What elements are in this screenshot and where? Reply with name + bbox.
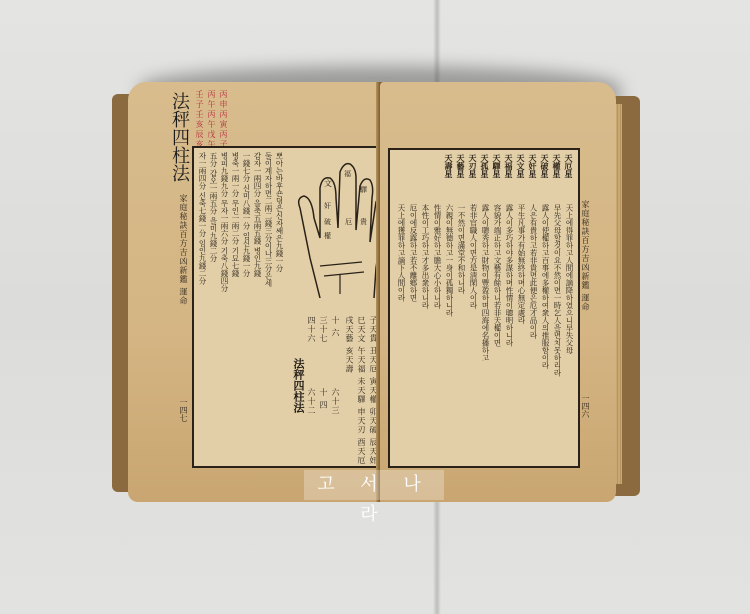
right-body-columns: 天上에得罪하고人間에謫降하였으니早失父母 早先父母할것이요不然이면一時乞人을면치… bbox=[394, 204, 574, 460]
body-column: 若非官職人이면方是淸閑人이라 bbox=[468, 204, 478, 460]
age-value: 三十七 bbox=[318, 316, 329, 343]
body-column: 一錢七分 신미八錢一分 임신九錢一分 bbox=[242, 152, 251, 458]
page-number-left: 一四七 bbox=[178, 398, 189, 422]
svg-text:貴: 貴 bbox=[360, 217, 368, 226]
star-header: 天文星 bbox=[516, 154, 526, 200]
left-page: 法秤四柱法 壬子壬亥辰亥 丙午丙午戊午 丙申丙寅丙子 家庭秘訣百方吉凶新鑑 運命… bbox=[128, 82, 382, 502]
star-headers: 天厄星 天權星 天破星 天奸星 天文星 天福星 天驛星 天孤星 天刃星 天藝星 … bbox=[394, 154, 574, 200]
open-book: 法秤四柱法 壬子壬亥辰亥 丙午丙午戊午 丙申丙寅丙子 家庭秘訣百方吉凶新鑑 運命… bbox=[110, 82, 640, 502]
star-header: 天刃星 bbox=[468, 154, 478, 200]
svg-text:奸: 奸 bbox=[324, 201, 331, 210]
body-column: 자一兩四分 신축七錢一分 임인九錢二分 bbox=[198, 152, 207, 458]
body-column: 性情이雅好하고膽大心小하니라 bbox=[432, 204, 442, 460]
table-row: 戌天藝 亥天壽 bbox=[344, 316, 355, 374]
body-column: 早先父母할것이요不然이면一時乞人을면치못하리라 bbox=[552, 204, 562, 460]
hand-label: 文 bbox=[324, 178, 332, 188]
body-column: 一不然이면滿堂不和하니라 bbox=[456, 204, 466, 460]
body-column: 容貌가端正하고文藝有餘하니若非天權이면 bbox=[492, 204, 502, 460]
body-column: 뽀아는바후숀뎡은신자쌔은九錢一分 bbox=[275, 152, 284, 458]
svg-text:驛: 驛 bbox=[359, 185, 367, 194]
red-annotation-3: 丙申丙寅丙子 bbox=[218, 90, 229, 150]
left-body-columns: 뽀아는바후숀뎡은신자쌔은九錢一分 둘이계자하면二兩二錢三分이나三分은세 갑자一兩… bbox=[198, 152, 284, 458]
body-column: 平生凡事가有始無終하며心無定處라 bbox=[516, 204, 526, 460]
body-column: 露人이聰秀하고財物이豐盈하며四海에名播하고 bbox=[480, 204, 490, 460]
table-row: 巳天文 午天福 未天驛 申天刃 酉天厄 bbox=[356, 316, 367, 465]
body-column: 露人이使權하고百事에多權하여衆人의推服함이라 bbox=[540, 204, 550, 460]
red-annotation-2: 丙午丙午戊午 bbox=[206, 90, 217, 150]
age-value: 六十二 bbox=[306, 388, 317, 415]
age-value: 四十六 bbox=[306, 316, 317, 343]
svg-text:厄: 厄 bbox=[345, 218, 352, 226]
age-value: 六十三 bbox=[330, 388, 341, 415]
svg-text:福: 福 bbox=[344, 170, 351, 178]
star-header: 天壽星 bbox=[444, 154, 454, 200]
body-column: 人은有貴하고若非貴면此便은厄才品이라 bbox=[528, 204, 538, 460]
red-annotation-1: 壬子壬亥辰亥 bbox=[194, 90, 205, 150]
left-text-frame: 뽀아는바후숀뎡은신자쌔은九錢一分 둘이계자하면二兩二錢三分이나三分은세 갑자一兩… bbox=[192, 146, 396, 468]
right-page: 家庭秘訣百方吉凶新鑑 運命 一四六 天厄星 天權星 天破星 天奸星 天文星 天福… bbox=[380, 82, 616, 502]
body-column: 厄이에反露하고若不離鄕하면 bbox=[408, 204, 418, 460]
star-header: 天福星 bbox=[504, 154, 514, 200]
body-column: 둘이계자하면二兩二錢三分이나三分은세 bbox=[264, 152, 273, 458]
handwritten-title: 法秤四柱法 bbox=[166, 92, 192, 182]
age-value: 十 四 bbox=[318, 388, 329, 410]
star-header: 天權星 bbox=[552, 154, 562, 200]
body-column: 天上에獲罪하고謫下人間이라 bbox=[396, 204, 406, 460]
right-text-frame: 天厄星 天權星 天破星 天奸星 天文星 天福星 天驛星 天孤星 天刃星 天藝星 … bbox=[388, 148, 580, 468]
star-header: 天破星 bbox=[540, 154, 550, 200]
body-column: 六親이無德하고一身이孤獨하니라 bbox=[444, 204, 454, 460]
body-column: 병축一兩一分 무인一兩二分 기묘七錢 bbox=[231, 152, 240, 458]
age-value: 十 六 bbox=[330, 316, 341, 338]
running-header-left: 家庭秘訣百方吉凶新鑑 運命 bbox=[178, 194, 189, 306]
body-column: 五分 갑오一兩五分 을미九錢二分 bbox=[209, 152, 218, 458]
svg-text:權: 權 bbox=[324, 231, 331, 240]
body-column: 갑자一兩四分 을축五兩五錢 병인九錢 bbox=[253, 152, 262, 458]
body-column: 天上에得罪하고人間에謫降하였으니早失父母 bbox=[564, 204, 574, 460]
star-header: 天奸星 bbox=[528, 154, 538, 200]
watermark: 고 서 나 라 bbox=[304, 470, 444, 500]
star-header: 天孤星 bbox=[480, 154, 490, 200]
star-header: 天驛星 bbox=[492, 154, 502, 200]
body-column: 露人이多巧하야多謀하며性情이聰明하니라 bbox=[504, 204, 514, 460]
svg-text:破: 破 bbox=[324, 217, 331, 226]
page-number-right: 一四六 bbox=[580, 394, 591, 418]
star-header: 天藝星 bbox=[456, 154, 466, 200]
body-column: 本性이工巧하고才多出衆하니라 bbox=[420, 204, 430, 460]
body-column: 병피九錢九分 무자一兩六分 기축八錢四分 bbox=[220, 152, 229, 458]
palm-diagram-icon: 文 奸 破 權 福 厄 驛 貴 bbox=[290, 158, 390, 298]
star-header: 天厄星 bbox=[564, 154, 574, 200]
section-title: 法秤四柱法 bbox=[290, 358, 306, 413]
running-header-right: 家庭秘訣百方吉凶新鑑 運命 bbox=[580, 200, 591, 312]
